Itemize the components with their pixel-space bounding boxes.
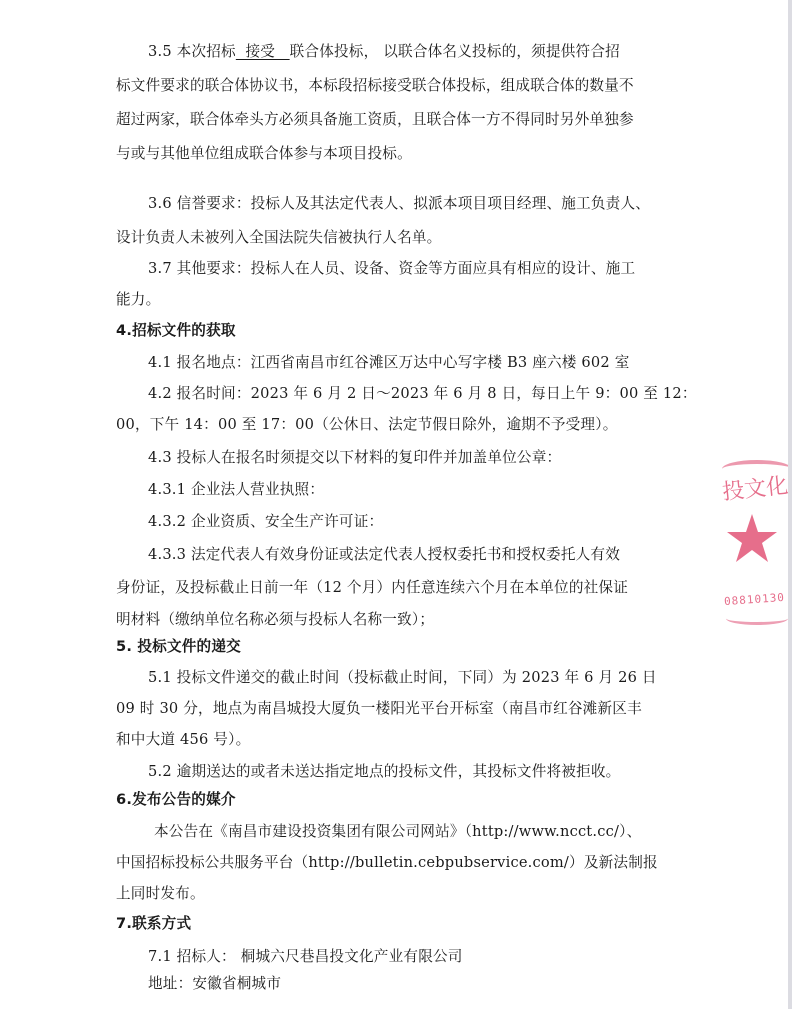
paragraph-4-3-1: 4.3.1 企业法人营业执照： <box>148 480 704 500</box>
star-icon <box>726 514 778 564</box>
heading-section-5: 5. 投标文件的递交 <box>116 637 672 657</box>
paragraph-4-1: 4.1 报名地点：江西省南昌市红谷滩区万达中心写字楼 B3 座六楼 602 室 <box>148 353 704 373</box>
paragraph-3-7-line-1: 3.7 其他要求：投标人在人员、设备、资金等方面应具有相应的设计、施工 <box>148 259 704 279</box>
stamp-text: 投文化 <box>721 469 788 507</box>
document-page: 3.5 本次招标 接受 联合体投标， 以联合体名义投标的，须提供符合招 标文件要… <box>0 0 788 1009</box>
paragraph-4-3-2: 4.3.2 企业资质、安全生产许可证： <box>148 512 704 532</box>
paragraph-6-line-2: 中国招标投标公共服务平台（http://bulletin.cebpubservi… <box>116 853 672 873</box>
paragraph-3-7-line-2: 能力。 <box>116 290 672 310</box>
paragraph-3-5-line-3: 超过两家，联合体牵头方必须具备施工资质，且联合体一方不得同时另外单独参 <box>116 110 672 130</box>
heading-section-7: 7.联系方式 <box>116 914 672 934</box>
text-run: 3.5 本次招标 <box>148 43 236 60</box>
scrollbar-track[interactable] <box>788 0 792 1009</box>
underlined-field-accept: 接受 <box>236 43 290 60</box>
paragraph-4-3-3-line-2: 身份证，及投标截止日前一年（12 个月）内任意连续六个月在本单位的社保证 <box>116 578 672 598</box>
paragraph-4-3: 4.3 投标人在报名时须提交以下材料的复印件并加盖单位公章： <box>148 448 704 468</box>
company-seal-stamp: 投文化 08810130 <box>712 452 788 632</box>
paragraph-address: 地址：安徽省桐城市 <box>148 974 704 994</box>
paragraph-5-1-line-3: 和中大道 456 号）。 <box>116 730 672 750</box>
paragraph-5-1-line-2: 09 时 30 分，地点为南昌城投大厦负一楼阳光平台开标室（南昌市红谷滩新区丰 <box>116 699 672 719</box>
paragraph-4-2-line-2: 00，下午 14：00 至 17：00（公休日、法定节假日除外，逾期不予受理）。 <box>116 415 672 435</box>
paragraph-3-5-line-2: 标文件要求的联合体协议书，本标段招标接受联合体投标，组成联合体的数量不 <box>116 76 672 96</box>
paragraph-6-line-3: 上同时发布。 <box>116 884 672 904</box>
stamp-number: 08810130 <box>724 591 786 608</box>
paragraph-4-3-3-line-1: 4.3.3 法定代表人有效身份证或法定代表人授权委托书和授权委托人有效 <box>148 545 704 565</box>
paragraph-3-5-line-4: 与或与其他单位组成联合体参与本项目投标。 <box>116 144 672 164</box>
paragraph-4-2-line-1: 4.2 报名时间：2023 年 6 月 2 日～2023 年 6 月 8 日，每… <box>148 384 704 404</box>
paragraph-7-1: 7.1 招标人： 桐城六尺巷昌投文化产业有限公司 <box>148 947 704 967</box>
paragraph-5-2: 5.2 逾期送达的或者未送达指定地点的投标文件，其投标文件将被拒收。 <box>148 762 704 782</box>
heading-section-4: 4.招标文件的获取 <box>116 321 672 341</box>
paragraph-3-6-line-2: 设计负责人未被列入全国法院失信被执行人名单。 <box>116 228 672 248</box>
paragraph-4-3-3-line-3: 明材料（缴纳单位名称必须与投标人名称一致）； <box>116 610 672 630</box>
text-run: 联合体投标， 以联合体名义投标的，须提供符合招 <box>290 43 620 60</box>
paragraph-3-5-line-1: 3.5 本次招标 接受 联合体投标， 以联合体名义投标的，须提供符合招 <box>148 42 704 62</box>
stamp-arc-bottom <box>726 612 788 625</box>
heading-section-6: 6.发布公告的媒介 <box>116 790 672 810</box>
paragraph-6-line-1: 本公告在《南昌市建设投资集团有限公司网站》（http://www.ncct.cc… <box>154 822 710 842</box>
paragraph-3-6-line-1: 3.6 信誉要求：投标人及其法定代表人、拟派本项目项目经理、施工负责人、 <box>148 194 704 214</box>
paragraph-5-1-line-1: 5.1 投标文件递交的截止时间（投标截止时间，下同）为 2023 年 6 月 2… <box>148 668 704 688</box>
